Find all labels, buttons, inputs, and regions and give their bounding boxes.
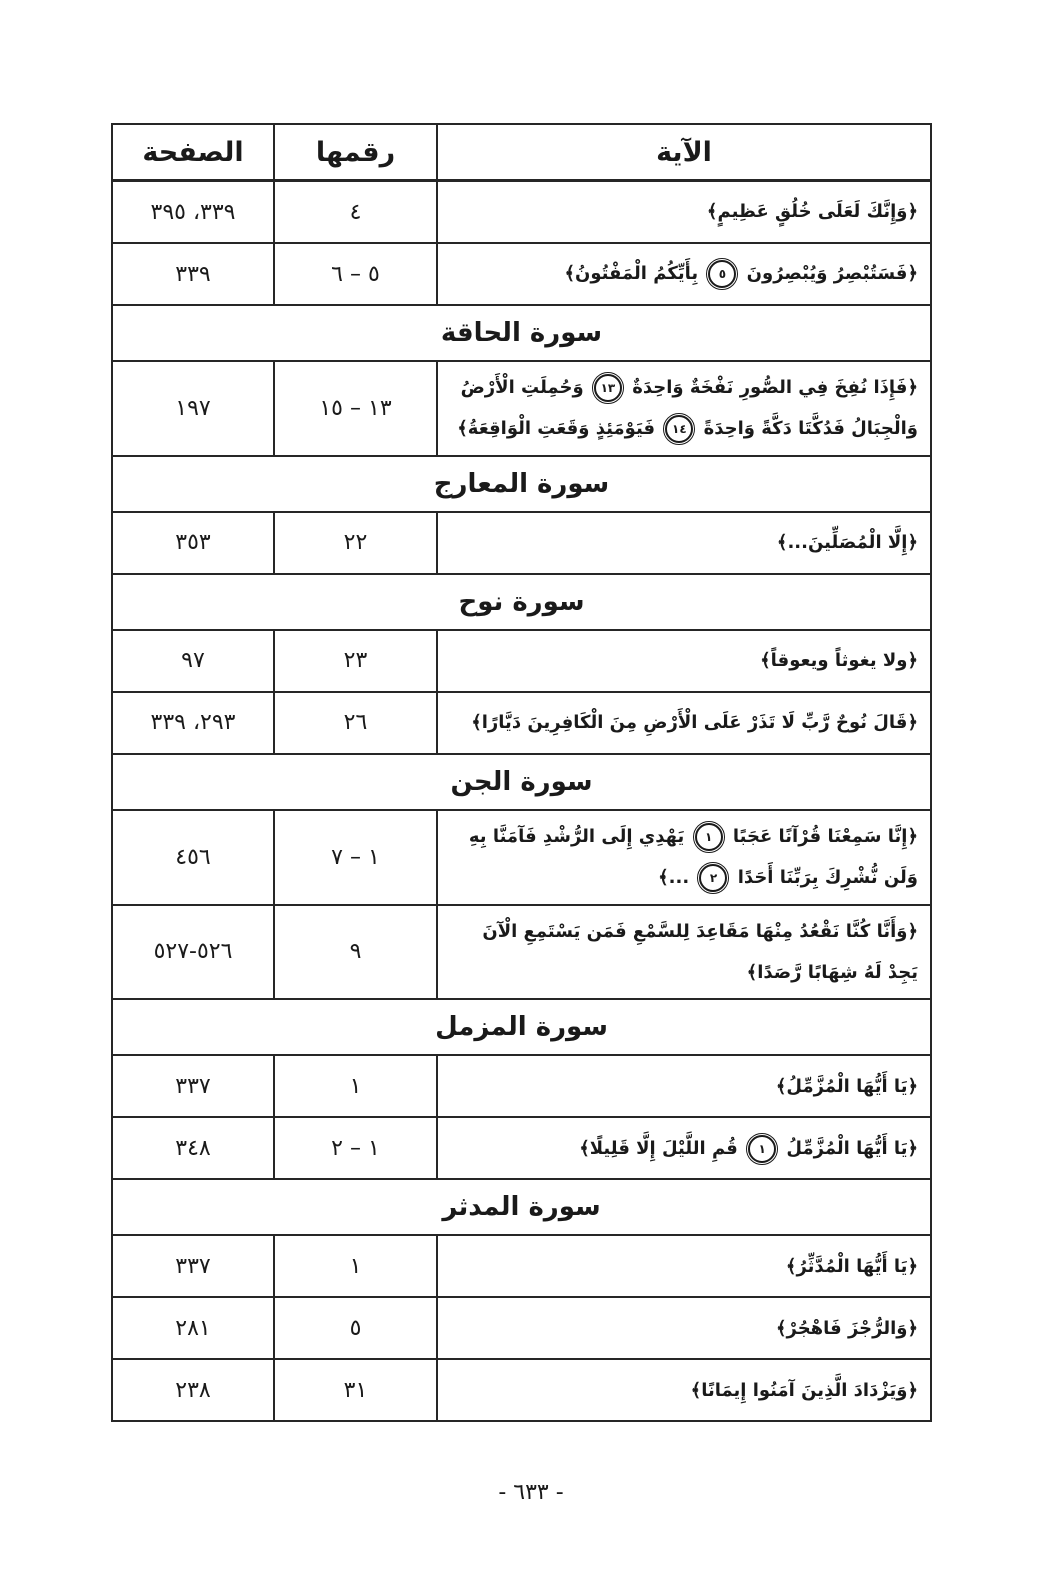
index-entry-row: ﴿إِنَّا سَمِعْنَا قُرْآنًا عَجَبًا ١ يَه… (112, 810, 931, 905)
index-entry-row: ﴿فَسَتُبْصِرُ وَيُبْصِرُونَ ٥ بِأَيِّكُم… (112, 243, 931, 305)
ayah-number-marker: ١٤ (665, 415, 693, 443)
page-reference: ٢٣٨ (112, 1359, 274, 1421)
ayah-number-marker: ٥ (708, 260, 736, 288)
verse-text: قُمِ اللَّيْلَ إِلَّا قَلِيلًا﴾ (579, 1138, 738, 1159)
verse-cell: ﴿ولا يغوثاً ويعوقاً﴾ (437, 630, 931, 692)
verse-text: ﴿يَا أَيُّهَا الْمُزَّمِّلُ (786, 1138, 918, 1159)
ayah-number-range: ١ – ٢ (274, 1117, 437, 1179)
verse-cell: ﴿وَالرُّجْزَ فَاهْجُرْ﴾ (437, 1297, 931, 1359)
index-entry-row: ﴿فَإِذَا نُفِخَ فِي الصُّورِ نَفْخَةٌ وَ… (112, 361, 931, 456)
ayah-number-range: ٢٦ (274, 692, 437, 754)
ayah-number-range: ١ (274, 1055, 437, 1117)
surah-section-row: سورة الجن (112, 754, 931, 810)
surah-section-title: سورة نوح (112, 574, 931, 630)
verse-text: ...﴾ (658, 867, 689, 888)
surah-section-title: سورة المدثر (112, 1179, 931, 1235)
index-entry-row: ﴿يَا أَيُّهَا الْمُدَّثِّرُ﴾ ١٣٣٧ (112, 1235, 931, 1297)
surah-section-title: سورة الحاقة (112, 305, 931, 361)
verse-text: ﴿فَإِذَا نُفِخَ فِي الصُّورِ نَفْخَةٌ وَ… (632, 377, 918, 398)
ayah-number-marker: ١٣ (594, 374, 622, 402)
verse-cell: ﴿فَسَتُبْصِرُ وَيُبْصِرُونَ ٥ بِأَيِّكُم… (437, 243, 931, 305)
page-reference: ٣٥٣ (112, 512, 274, 574)
ayah-number-range: ٢٢ (274, 512, 437, 574)
ayah-number-range: ٩ (274, 905, 437, 1000)
index-entry-row: ﴿قَالَ نُوحٌ رَّبِّ لَا تَذَرْ عَلَى الْ… (112, 692, 931, 754)
verse-cell: ﴿وَيَزْدَادَ الَّذِينَ آمَنُوا إِيمَانًا… (437, 1359, 931, 1421)
index-entry-row: ﴿وَأَنَّا كُنَّا نَقْعُدُ مِنْهَا مَقَاع… (112, 905, 931, 1000)
surah-section-row: سورة الحاقة (112, 305, 931, 361)
page-reference: ٣٣٩ (112, 243, 274, 305)
verse-text: ﴿يَا أَيُّهَا الْمُزَّمِّلُ﴾ (776, 1076, 918, 1097)
ayah-number-range: ٥ – ٦ (274, 243, 437, 305)
col-header-ayah-number: رقمها (274, 124, 437, 181)
verse-text: ﴿ولا يغوثاً ويعوقاً﴾ (760, 650, 918, 671)
page-reference: ٣٣٧ (112, 1235, 274, 1297)
verse-cell: ﴿وَإِنَّكَ لَعَلَى خُلُقٍ عَظِيمٍ﴾ (437, 181, 931, 244)
header-row: الآية رقمها الصفحة (112, 124, 931, 181)
verse-cell: ﴿يَا أَيُّهَا الْمُزَّمِّلُ﴾ (437, 1055, 931, 1117)
surah-section-title: سورة المعارج (112, 456, 931, 512)
ayah-number-range: ١٣ – ١٥ (274, 361, 437, 456)
ayah-number-range: ٣١ (274, 1359, 437, 1421)
page-reference: ٩٧ (112, 630, 274, 692)
page-reference: ٢٨١ (112, 1297, 274, 1359)
verse-text: ﴿وَأَنَّا كُنَّا نَقْعُدُ مِنْهَا مَقَاع… (482, 921, 918, 983)
page-reference: ٤٥٦ (112, 810, 274, 905)
book-page: الآية رقمها الصفحة ﴿وَإِنَّكَ لَعَلَى خُ… (0, 0, 1062, 1577)
verse-cell: ﴿إِلَّا الْمُصَلِّينَ...﴾ (437, 512, 931, 574)
verse-cell: ﴿فَإِذَا نُفِخَ فِي الصُّورِ نَفْخَةٌ وَ… (437, 361, 931, 456)
page-reference: ١٩٧ (112, 361, 274, 456)
index-entry-row: ﴿إِلَّا الْمُصَلِّينَ...﴾ ٢٢٣٥٣ (112, 512, 931, 574)
verse-index-table: الآية رقمها الصفحة ﴿وَإِنَّكَ لَعَلَى خُ… (111, 123, 932, 1422)
index-table-body: ﴿وَإِنَّكَ لَعَلَى خُلُقٍ عَظِيمٍ﴾ ٤٣٣٩،… (112, 181, 931, 1422)
ayah-number-range: ١ (274, 1235, 437, 1297)
index-table-header: الآية رقمها الصفحة (112, 124, 931, 181)
verse-cell: ﴿إِنَّا سَمِعْنَا قُرْآنًا عَجَبًا ١ يَه… (437, 810, 931, 905)
page-number-footer: - ٦٣٣ - (0, 1480, 1062, 1505)
page-reference: ٣٤٨ (112, 1117, 274, 1179)
verse-cell: ﴿يَا أَيُّهَا الْمُدَّثِّرُ﴾ (437, 1235, 931, 1297)
ayah-number-marker: ١ (695, 823, 723, 851)
verse-cell: ﴿وَأَنَّا كُنَّا نَقْعُدُ مِنْهَا مَقَاع… (437, 905, 931, 1000)
surah-section-row: سورة المعارج (112, 456, 931, 512)
page-reference: ٣٣٩، ٣٩٥ (112, 181, 274, 244)
ayah-number-range: ٥ (274, 1297, 437, 1359)
verse-text: ﴿قَالَ نُوحٌ رَّبِّ لَا تَذَرْ عَلَى الْ… (471, 712, 918, 733)
index-entry-row: ﴿وَالرُّجْزَ فَاهْجُرْ﴾ ٥٢٨١ (112, 1297, 931, 1359)
verse-text: ﴿إِلَّا الْمُصَلِّينَ...﴾ (777, 532, 918, 553)
index-entry-row: ﴿يَا أَيُّهَا الْمُزَّمِّلُ﴾ ١٣٣٧ (112, 1055, 931, 1117)
verse-text: ﴿وَإِنَّكَ لَعَلَى خُلُقٍ عَظِيمٍ﴾ (707, 201, 918, 222)
col-header-page: الصفحة (112, 124, 274, 181)
index-entry-row: ﴿وَإِنَّكَ لَعَلَى خُلُقٍ عَظِيمٍ﴾ ٤٣٣٩،… (112, 181, 931, 244)
surah-section-title: سورة المزمل (112, 999, 931, 1055)
page-reference: ٣٣٧ (112, 1055, 274, 1117)
surah-section-row: سورة نوح (112, 574, 931, 630)
surah-section-row: سورة المدثر (112, 1179, 931, 1235)
verse-text: فَيَوْمَئِذٍ وَقَعَتِ الْوَاقِعَةُ﴾ (457, 418, 655, 439)
index-entry-row: ﴿ولا يغوثاً ويعوقاً﴾ ٢٣٩٧ (112, 630, 931, 692)
verse-text: ﴿وَالرُّجْزَ فَاهْجُرْ﴾ (776, 1318, 918, 1339)
surah-section-title: سورة الجن (112, 754, 931, 810)
ayah-number-marker: ١ (748, 1135, 776, 1163)
verse-text: ﴿وَيَزْدَادَ الَّذِينَ آمَنُوا إِيمَانًا… (691, 1380, 918, 1401)
verse-cell: ﴿قَالَ نُوحٌ رَّبِّ لَا تَذَرْ عَلَى الْ… (437, 692, 931, 754)
verse-text: بِأَيِّكُمُ الْمَفْتُونُ﴾ (564, 263, 698, 284)
index-entry-row: ﴿وَيَزْدَادَ الَّذِينَ آمَنُوا إِيمَانًا… (112, 1359, 931, 1421)
surah-section-row: سورة المزمل (112, 999, 931, 1055)
verse-cell: ﴿يَا أَيُّهَا الْمُزَّمِّلُ ١ قُمِ اللَّ… (437, 1117, 931, 1179)
ayah-number-range: ٢٣ (274, 630, 437, 692)
verse-text: ﴿إِنَّا سَمِعْنَا قُرْآنًا عَجَبًا (733, 826, 918, 847)
page-reference: ٢٩٣، ٣٣٩ (112, 692, 274, 754)
verse-text: ﴿يَا أَيُّهَا الْمُدَّثِّرُ﴾ (786, 1256, 918, 1277)
col-header-verse: الآية (437, 124, 931, 181)
ayah-number-marker: ٢ (699, 864, 727, 892)
index-entry-row: ﴿يَا أَيُّهَا الْمُزَّمِّلُ ١ قُمِ اللَّ… (112, 1117, 931, 1179)
verse-text: ﴿فَسَتُبْصِرُ وَيُبْصِرُونَ (747, 263, 918, 284)
ayah-number-range: ١ – ٧ (274, 810, 437, 905)
page-reference: ٥٢٦-٥٢٧ (112, 905, 274, 1000)
ayah-number-range: ٤ (274, 181, 437, 244)
